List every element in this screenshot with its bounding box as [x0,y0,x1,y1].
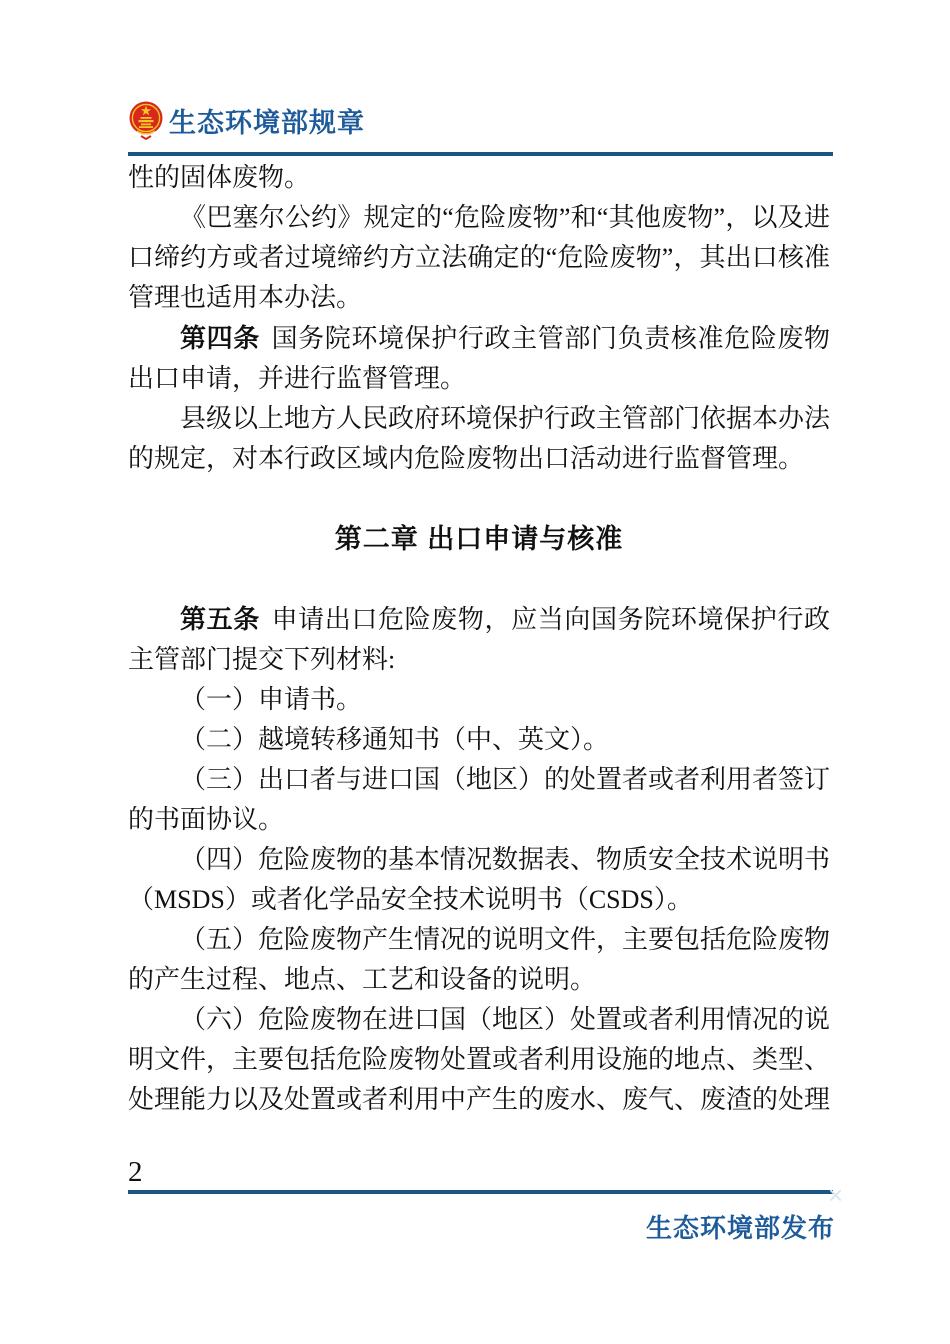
china-national-emblem-icon [128,99,164,141]
document-body: 性的固体废物。《巴塞尔公约》规定的“危险废物”和“其他废物”，以及进口缔约方或者… [128,158,830,1120]
body-paragraph: （六）危险废物在进口国（地区）处置或者利用情况的说明文件，主要包括危险废物处置或… [128,1000,830,1120]
body-paragraph: 第五条申请出口危险废物，应当向国务院环境保护行政主管部门提交下列材料: [128,599,830,680]
body-paragraph: （三）出口者与进口国（地区）的处置者或者利用者签订的书面协议。 [128,760,830,840]
article-number: 第四条 [180,323,260,353]
body-paragraph: 《巴塞尔公约》规定的“危险废物”和“其他废物”，以及进口缔约方或者过境缔约方立法… [128,198,830,318]
body-paragraph: （四）危险废物的基本情况数据表、物质安全技术说明书（MSDS）或者化学品安全技术… [128,840,830,920]
publisher-label: 生态环境部发布 [646,1208,835,1245]
body-paragraph: （二）越境转移通知书（中、英文）。 [128,720,830,760]
body-paragraph: （五）危险废物产生情况的说明文件，主要包括危险废物的产生过程、地点、工艺和设备的… [128,920,830,1000]
scan-artifact-x-mark: × [828,1180,843,1211]
body-paragraph: （一）申请书。 [128,680,830,720]
page-number: 2 [128,1156,143,1188]
body-paragraph: 第四条国务院环境保护行政主管部门负责核准危险废物出口申请，并进行监督管理。 [128,318,830,399]
footer-rule [128,1190,833,1194]
body-paragraph: 性的固体废物。 [128,158,830,198]
chapter-heading: 第二章 出口申请与核准 [128,519,830,559]
body-paragraph: 县级以上地方人民政府环境保护行政主管部门依据本办法的规定，对本行政区域内危险废物… [128,399,830,479]
page-header: 生态环境部规章 [128,98,833,142]
header-brand: 生态环境部规章 [128,98,833,142]
header-rule [128,152,833,156]
article-number: 第五条 [180,604,260,634]
document-page: 生态环境部规章 性的固体废物。《巴塞尔公约》规定的“危险废物”和“其他废物”，以… [0,0,950,1344]
header-title: 生态环境部规章 [169,101,365,140]
